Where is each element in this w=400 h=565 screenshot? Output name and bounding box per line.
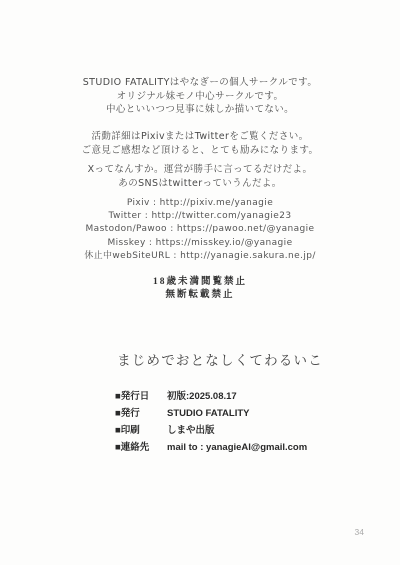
link-pixiv: Pixiv : http://pixiv.me/yanagie xyxy=(0,197,400,210)
link-mastodon-pawoo: Mastodon/Pawoo : https://pawoo.net/@yana… xyxy=(0,223,400,236)
intro-line-1: STUDIO FATALITYはやなぎーの個人サークルです。 xyxy=(0,76,400,90)
activity-line-1: 活動詳細はPixivまたはTwitterをご覧ください。 xyxy=(0,130,400,144)
colophon-row-contact: ■連絡先 mail to : yanagieAl@gmail.com xyxy=(115,443,307,453)
page-number: 34 xyxy=(355,527,364,537)
notice-age-restriction: 18歳未満閲覧禁止 xyxy=(0,276,400,289)
colophon-value-publish-date: 初版:2025.08.17 xyxy=(167,392,237,402)
circle-intro-paragraph: STUDIO FATALITYはやなぎーの個人サークルです。 オリジナル妹モノ中… xyxy=(0,76,400,117)
colophon-row-publisher: ■発行 STUDIO FATALITY xyxy=(115,409,307,419)
link-misskey: Misskey : https://misskey.io/@yanagie xyxy=(0,237,400,250)
colophon-label-contact: ■連絡先 xyxy=(115,443,167,453)
intro-line-3: 中心といいつつ見事に妹しか描いてない。 xyxy=(0,103,400,117)
legal-notices: 18歳未満閲覧禁止 無断転載禁止 xyxy=(0,276,400,302)
activity-line-2: ご意見ご感想など頂けると、とても励みになります。 xyxy=(0,144,400,158)
sns-links-list: Pixiv : http://pixiv.me/yanagie Twitter … xyxy=(0,197,400,263)
intro-line-2: オリジナル妹モノ中心サークルです。 xyxy=(0,90,400,104)
notice-no-reproduction: 無断転載禁止 xyxy=(0,289,400,302)
colophon-label-printer: ■印刷 xyxy=(115,426,167,436)
book-title: まじめでおとなしくてわるいこ xyxy=(20,349,400,369)
aside-comment-paragraph: Xってなんすか。運営が勝手に言ってるだけだよ。 あのSNSはtwitterってい… xyxy=(0,163,400,190)
aside-line-2: あのSNSはtwitterっていうんだよ。 xyxy=(0,177,400,191)
link-twitter: Twitter : http://twitter.com/yanagie23 xyxy=(0,210,400,223)
colophon-table: ■発行日 初版:2025.08.17 ■発行 STUDIO FATALITY ■… xyxy=(115,392,307,460)
colophon-label-publish-date: ■発行日 xyxy=(115,392,167,402)
activity-info-paragraph: 活動詳細はPixivまたはTwitterをご覧ください。 ご意見ご感想など頂ける… xyxy=(0,130,400,157)
colophon-value-publisher: STUDIO FATALITY xyxy=(167,409,250,419)
colophon-label-publisher: ■発行 xyxy=(115,409,167,419)
colophon-value-contact: mail to : yanagieAl@gmail.com xyxy=(167,443,307,453)
doujinshi-colophon-page: STUDIO FATALITYはやなぎーの個人サークルです。 オリジナル妹モノ中… xyxy=(0,0,400,565)
link-website: 休止中webSiteURL : http://yanagie.sakura.ne… xyxy=(0,250,400,263)
colophon-row-publish-date: ■発行日 初版:2025.08.17 xyxy=(115,392,307,402)
aside-line-1: Xってなんすか。運営が勝手に言ってるだけだよ。 xyxy=(0,163,400,177)
colophon-row-printer: ■印刷 しまや出版 xyxy=(115,426,307,436)
colophon-value-printer: しまや出版 xyxy=(167,426,215,436)
